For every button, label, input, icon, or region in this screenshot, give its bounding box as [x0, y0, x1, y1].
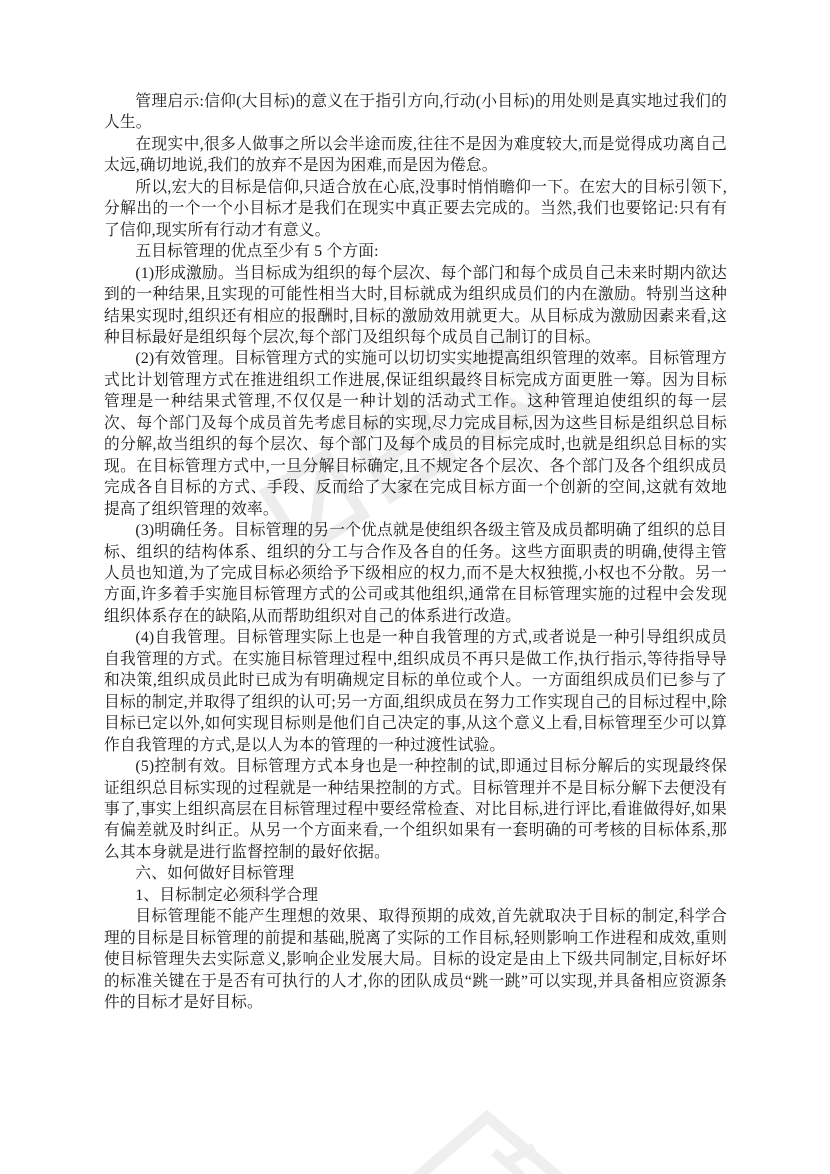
heading-five-advantages: 五目标管理的优点至少有 5 个方面:	[104, 241, 727, 262]
paragraph-goal-setting: 目标管理能不能产生理想的效果、取得预期的成效,首先就取决于目标的制定,科学合理的…	[104, 906, 727, 1013]
section-heading-six: 六、如何做好目标管理	[104, 863, 727, 884]
paragraph-belief: 所以,宏大的目标是信仰,只适合放在心底,没事时悄悄瞻仰一下。在宏大的目标引领下,…	[104, 177, 727, 241]
subsection-heading-1: 1、目标制定必须科学合理	[104, 885, 727, 906]
paragraph-advantage-3: (3)明确任务。目标管理的另一个优点就是使组织各级主管及成员都明确了组织的总目标…	[104, 520, 727, 627]
bottom-triangle-watermark-icon	[414, 1117, 562, 1174]
paragraph-management-insight: 管理启示:信仰(大目标)的意义在于指引方向,行动(小目标)的用处则是真实地过我们…	[104, 91, 727, 134]
paragraph-reality: 在现实中,很多人做事之所以会半途而废,往往不是因为难度较大,而是觉得成功离自己太…	[104, 134, 727, 177]
paragraph-advantage-4: (4)自我管理。目标管理实际上也是一种自我管理的方式,或者说是一种引导组织成员自…	[104, 627, 727, 756]
paragraph-advantage-5: (5)控制有效。目标管理方式本身也是一种控制的试,即通过目标分解后的实现最终保证…	[104, 756, 727, 863]
document-body: 管理启示:信仰(大目标)的意义在于指引方向,行动(小目标)的用处则是真实地过我们…	[104, 91, 727, 1013]
paragraph-advantage-2: (2)有效管理。目标管理方式的实施可以切切实实地提高组织管理的效率。目标管理方式…	[104, 348, 727, 520]
paragraph-advantage-1: (1)形成激励。当目标成为组织的每个层次、每个部门和每个成员自己未来时期内欲达到…	[104, 263, 727, 349]
document-page: 管理启示:信仰(大目标)的意义在于指引方向,行动(小目标)的用处则是真实地过我们…	[0, 0, 830, 1174]
